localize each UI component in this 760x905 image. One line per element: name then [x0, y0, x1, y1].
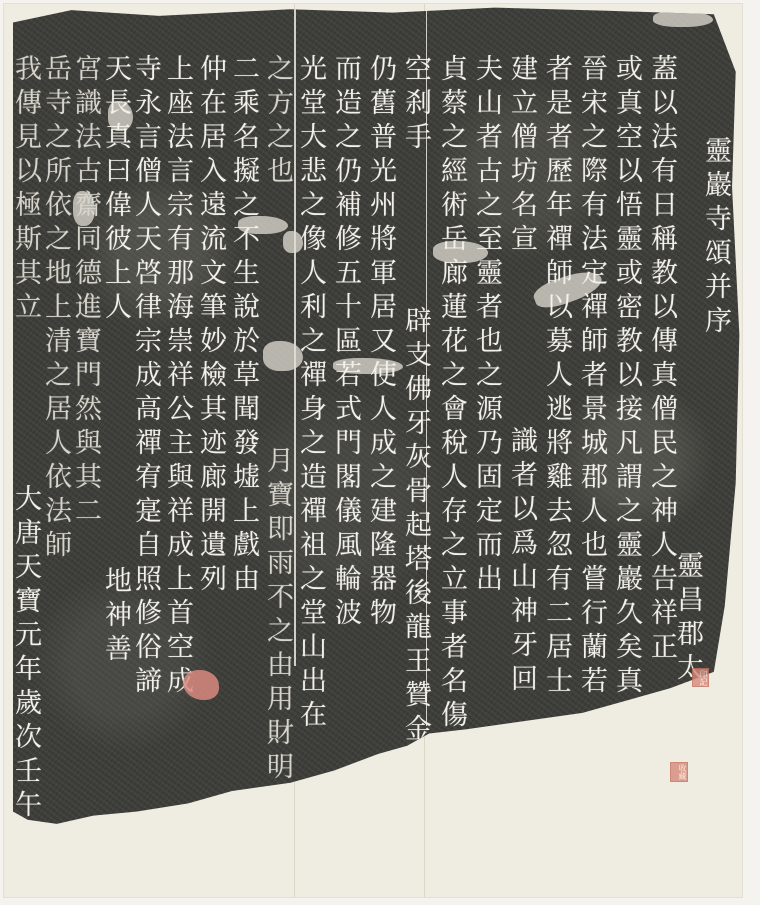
text-column: 仲在居入遠流文筆妙檢其迹廊開遺列 — [194, 54, 227, 598]
text-column: 或真空以悟靈或密教以接凡謂之靈巖久矣真 — [610, 54, 643, 700]
text-column: 者是者歷年禪師以募人逃將雞去忽有二居士 — [540, 54, 573, 700]
text-column: 宮識法古齋同德進寶門然與其二 — [69, 54, 102, 530]
text-column: 岳寺之所依之地上清之居人依法師 — [39, 54, 72, 564]
date-column: 大唐天寶元年歲次壬午 — [9, 484, 42, 824]
text-column: 晉宋之際有法定禪師者景城郡人也嘗行蘭若 — [575, 54, 608, 700]
collector-seal: 印記 — [692, 668, 709, 687]
text-column: 靈巖寺頌并序 — [699, 136, 732, 340]
text-column: 貞蔡之經術岳廊蓮花之會稅人存之立事者名傷 — [435, 54, 468, 734]
text-column: 我傳見以極斯其立 — [9, 54, 42, 326]
text-column: 而造之仍補修五十區若式門閣儀風輪波 — [329, 54, 362, 632]
text-column: 辟支佛牙灰骨起塔後龍王贊金 — [399, 306, 432, 748]
text-column: 識者以爲山神牙回 — [505, 426, 538, 698]
text-column: 蓋以法有日稱教以傳真僧民之神人告祥正 — [645, 54, 678, 666]
text-column: 地神善 — [99, 566, 132, 668]
text-column: 上座法言宗有那海崇祥公主與祥成上首空成 — [161, 54, 194, 700]
text-column: 二乘名擬之不生說於草聞發墟上戲由 — [227, 54, 260, 598]
collector-seal: 收藏 — [670, 762, 688, 782]
text-column: 空刹手 — [399, 54, 432, 156]
text-column: 仍舊普光州將軍居又使人成之建隆器物 — [364, 54, 397, 632]
text-column: 天長真曰偉彼上人 — [99, 54, 132, 326]
text-column: 光堂大悲之像人利之禪身之造禪祖之堂山出在 — [294, 54, 327, 734]
text-column: 之方之也 — [261, 54, 294, 190]
text-column: 寺永言僧人天啓律宗成高禪宥寔自照修俗諦 — [129, 54, 162, 700]
text-column: 建立僧坊名宣 — [505, 54, 538, 258]
text-column: 月寶即雨不之由用財明 — [261, 446, 294, 786]
text-column: 夫山者古之至靈者也之源乃固定而出 — [470, 54, 503, 598]
